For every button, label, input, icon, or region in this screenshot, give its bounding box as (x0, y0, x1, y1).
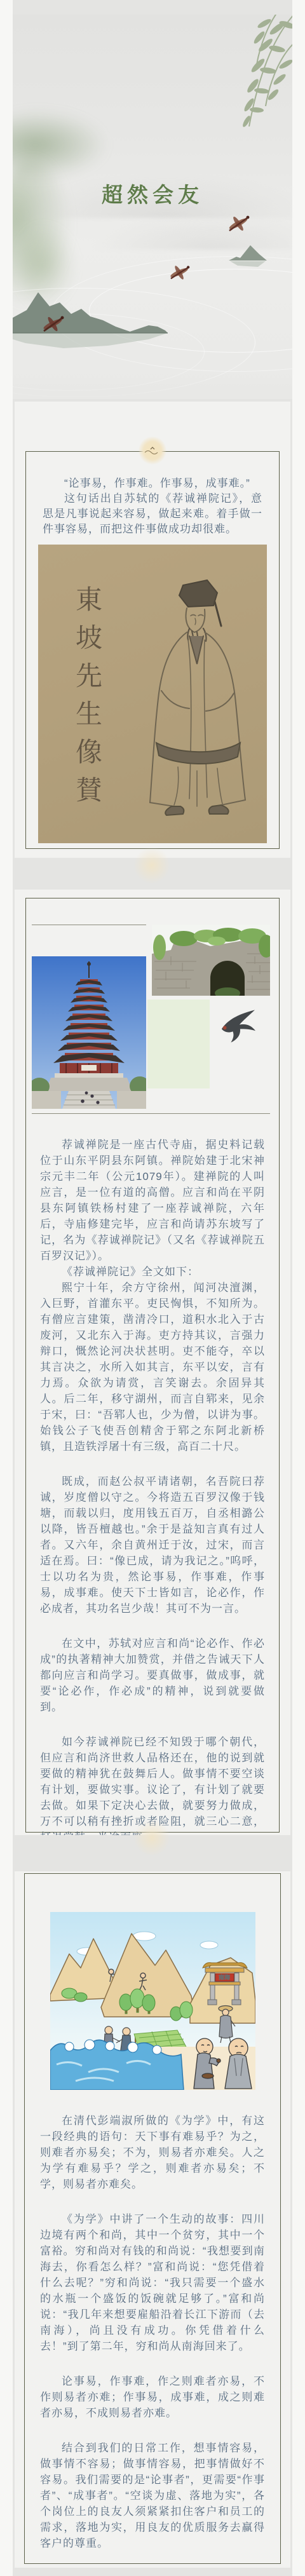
portrait-calligraphy-caption: 東坡先生像賛 (67, 585, 105, 814)
pagoda-photo[interactable] (32, 956, 146, 1109)
paragraph: 荐诚禅院是一座古代寺庙，据史料记载位于山东平阴县东阿镇。禅院始建于北宋神宗元丰二… (40, 1137, 265, 1264)
willow-branch-icon (202, 15, 292, 138)
paragraph: 《为学》中讲了一个生动的故事：四川边境有两个和尚，其中一个贫穷，其中一个富裕。穷… (40, 2211, 265, 2354)
paragraph: 结合到我们的日常工作，想事情容易，做事情不容易；做事情容易，把事情做好不容易。我… (40, 2440, 265, 2551)
monks-cartoon-illustration[interactable]: 南海 (50, 1912, 255, 2090)
seal-watermark-icon (133, 847, 170, 884)
header-banner: 超然会友 (13, 15, 292, 399)
moon-seal-icon (139, 437, 166, 464)
paragraph: 《荐诚禅院记》全文如下： (40, 1264, 265, 1280)
mountain-range-icon (13, 285, 172, 355)
scholar-figure-icon (133, 557, 261, 830)
temple-photos (15, 925, 290, 1114)
gate-plaque-text: 南海 (218, 1974, 229, 1981)
divider-line (32, 925, 146, 925)
dragonfly-icon (226, 213, 252, 234)
quote-text: “论事易，作事难。作事易，成事难。” (43, 476, 262, 491)
paragraph: 论事易，作事难，作之则难者亦易，不作则易者亦难；作事易，成事难，成之则难者亦易，… (40, 2373, 265, 2421)
paragraph: 熙宁十年，余方守徐州，闻河决澶渊，入巨野，首灌东平。吏民恟惧，不知所为。有僧应言… (40, 1280, 265, 1454)
divider-line (32, 1113, 270, 1114)
green-accent-block (147, 1000, 210, 1088)
paragraph: 在文中，苏轼对应言和尚“论必作、作必成”的执著精神大加赞赏，并借之告诫天下人都向… (40, 1636, 265, 1715)
stone-gate-ruins-photo[interactable] (152, 925, 270, 996)
dragonfly-icon (39, 313, 67, 335)
weixue-story-card: 南海 (15, 1871, 290, 2568)
banner-fade (13, 372, 292, 399)
paragraph: 在清代彭端淑所做的《为学》中，有这一段经典的语句：天下事有难易乎？为之，则难者亦… (40, 2113, 265, 2192)
paragraph: 既成，而赵公叔平请诸朝，名吾院曰荐诚，岁度僧以守之。今将造五百罗汉像于钱塘，而载… (40, 1474, 265, 1617)
su-dongpo-portrait-image[interactable]: 東坡先生像賛 (38, 545, 267, 843)
page-title: 超然会友 (13, 179, 292, 208)
island-icon (222, 240, 273, 278)
quote-explanation: 这句话出自苏轼的《荐诚禅院记》，意思是凡事说起来容易，做起来难。着手做一件事容易… (43, 491, 262, 537)
temple-history-card: 荐诚禅院是一座古代寺庙，据史料记载位于山东平阴县东阿镇。禅院始建于北宋神宗元丰二… (15, 890, 290, 1835)
dragonfly-icon (167, 262, 193, 283)
quote-card: “论事易，作事难。作事易，成事难。” 这句话出自苏轼的《荐诚禅院记》，意思是凡事… (15, 402, 290, 858)
swallow-icon (219, 1008, 256, 1043)
quote-block: “论事易，作事难。作事易，成事难。” 这句话出自苏轼的《荐诚禅院记》，意思是凡事… (43, 476, 262, 537)
article-page: 超然会友 (13, 0, 292, 2576)
article-body: 荐诚禅院是一座古代寺庙，据史料记载位于山东平阴县东阿镇。禅院始建于北宋神宗元丰二… (15, 1137, 290, 1835)
article-body: 在清代彭端淑所做的《为学》中，有这一段经典的语句：天下事有难易乎？为之，则难者亦… (15, 2113, 290, 2551)
seal-watermark-icon (133, 1819, 170, 1856)
